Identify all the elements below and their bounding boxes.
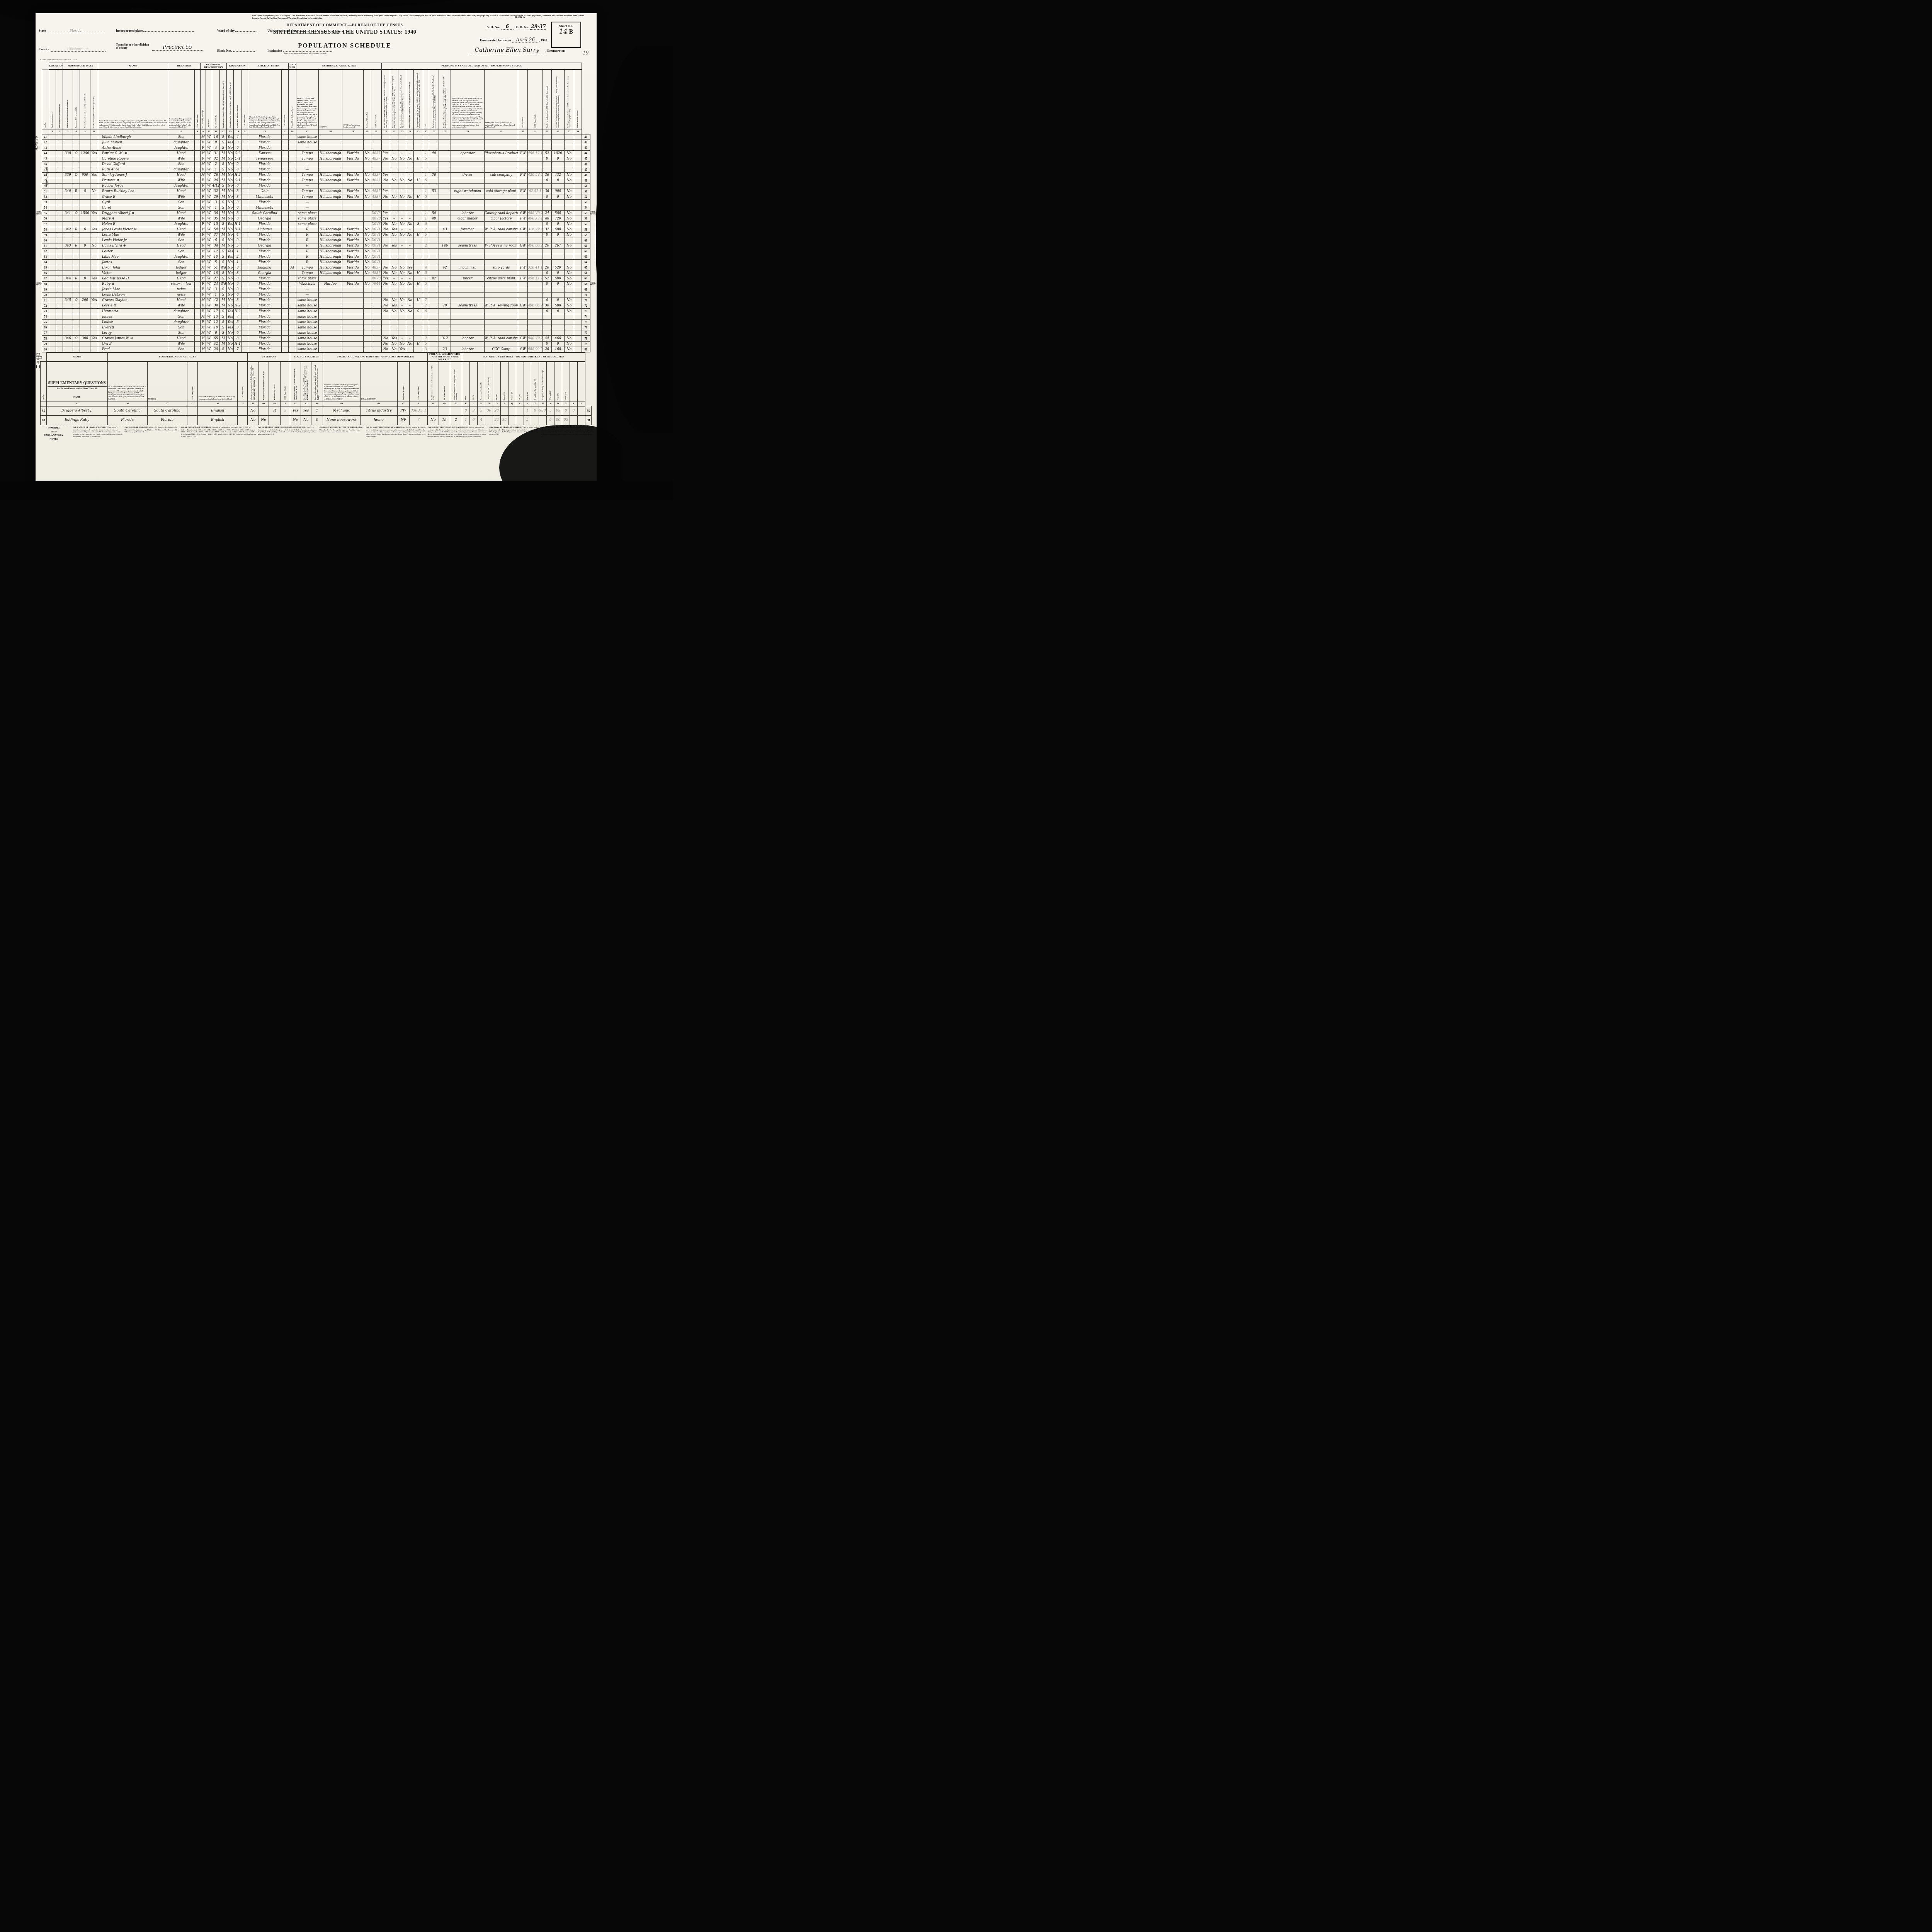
cell-oth: No [564, 156, 574, 162]
cell-a [195, 309, 200, 314]
cell-pob: South Carolina [248, 211, 281, 216]
cell-q25 [414, 260, 423, 265]
cell-sex: F [200, 309, 206, 314]
cell-q23 [398, 325, 406, 330]
cell-value [80, 156, 90, 162]
cell-d: X0V1 [371, 232, 381, 238]
cell-street [49, 260, 56, 265]
cell-hh [63, 325, 73, 330]
cell-q44: 0 [311, 415, 323, 425]
cell-d: X0V8 [371, 276, 381, 281]
cell-occ [451, 134, 485, 140]
cell-tenure [73, 292, 80, 298]
cell-pob: Florida [248, 172, 281, 178]
cell-cls [518, 298, 528, 303]
cell-d: X0V8 [371, 221, 381, 227]
cell-hrs: 42 [429, 276, 439, 281]
cell-oth: No [564, 281, 574, 287]
margin-cell [36, 205, 42, 211]
column-number-row: 353637G38H394041I424344454647J484950KLMN… [36, 401, 596, 406]
col-head-cit: Citizenship of the foreign born [288, 70, 296, 129]
margin-cell [590, 151, 596, 156]
cell-lang: English [198, 415, 238, 425]
cell-f: 62 52 1 [528, 189, 543, 194]
cell-r19 [342, 167, 363, 172]
cell-house [56, 232, 63, 238]
col-num-race: 10 [206, 129, 212, 134]
col-num-sch: 13 [227, 129, 234, 134]
cell-d [371, 167, 381, 172]
cell-sch: No [227, 227, 234, 232]
col-head-r18: COUNTY [318, 70, 342, 129]
cell-q25 [414, 167, 423, 172]
cell-sex: F [200, 178, 206, 183]
cell-sex: F [200, 254, 206, 260]
cell-r17: same house [296, 314, 318, 320]
cell-r17: Tampa [296, 265, 318, 270]
cell-mar: M [220, 156, 227, 162]
cell-q24: No [406, 221, 414, 227]
cell-relation: Son [168, 238, 195, 243]
cell-name: Eddings Jesse D [98, 276, 168, 281]
col-head-W: Wages (32) [554, 362, 562, 401]
cell-q24 [406, 145, 414, 151]
cell-r20: No [363, 281, 371, 287]
col-head-q40: If child, is veteran-father dead? (Yes o… [258, 362, 269, 401]
cell-d [371, 330, 381, 336]
margin-cell [36, 401, 41, 406]
cell-cit [288, 221, 296, 227]
cell-occ [451, 145, 485, 151]
cell-sex: F [200, 221, 206, 227]
cell-q25: S [414, 221, 423, 227]
cell-street [49, 211, 56, 216]
margin-cell [36, 347, 42, 352]
cell-cls [518, 309, 528, 314]
col-num-hh: 3 [63, 129, 73, 134]
cell-oth [564, 140, 574, 145]
state-field: State Florida [39, 29, 105, 33]
cell-wage: 508 [552, 303, 565, 308]
col-head-sch: Attended school or college any time sinc… [227, 70, 234, 129]
cell-q25 [414, 330, 423, 336]
margin-cell [592, 406, 596, 416]
cell-pob: Georgia [248, 216, 281, 221]
cell-mar: Wd [220, 265, 227, 270]
cell-q24: – [406, 243, 414, 248]
cell-age: 2 [212, 162, 220, 167]
cell-f [528, 325, 543, 330]
cell-pob: Tennessee [248, 156, 281, 162]
cell-q21: Yes [381, 276, 390, 281]
note-block: Col. 14. HIGHEST GRADE OF SCHOOL COMPLET… [258, 426, 318, 441]
cell-wks [543, 134, 552, 140]
col-head-age: Age at last birthday [212, 70, 220, 129]
cell-name: Henrietta [98, 309, 168, 314]
cell-name: Carol [98, 205, 168, 211]
cell-r20 [363, 309, 371, 314]
cell-street [49, 232, 56, 238]
cell-q23: No [398, 194, 406, 200]
cell-a [195, 248, 200, 254]
cell-a [195, 205, 200, 211]
cell-q25 [414, 227, 423, 232]
cell-a [195, 276, 200, 281]
margin-cell [590, 167, 596, 172]
cell-sex: M [200, 314, 206, 320]
cell-cls [518, 200, 528, 205]
cell-dur [439, 178, 451, 183]
cell-hrs [429, 265, 439, 270]
cell-a [195, 211, 200, 216]
cell-q50 [450, 406, 462, 416]
cell-hrs [429, 178, 439, 183]
cell-name: Frances ⊗ [98, 178, 168, 183]
cell-cit [288, 336, 296, 341]
cell-q21: No [381, 194, 390, 200]
cell-cls [518, 145, 528, 151]
cell-race: W [206, 216, 212, 221]
ed-value: 29-37 [530, 24, 547, 30]
col-head-Z [577, 362, 585, 401]
cell-r17: same house [296, 320, 318, 325]
cell-r18 [318, 330, 342, 336]
cell-b [241, 172, 248, 178]
cell-d [371, 336, 381, 341]
cell-name: Victor [98, 270, 168, 276]
cell-age: 1 [212, 167, 220, 172]
cell-q48: No [427, 415, 439, 425]
cell-q25 [414, 287, 423, 292]
cell-r20 [363, 292, 371, 298]
cell-oth: No [564, 151, 574, 156]
cell-q22: No [390, 232, 398, 238]
band-for-persons-of-all-ages: FOR PERSONS OF ALL AGES [107, 352, 248, 362]
cell-fs [574, 330, 582, 336]
cell-wks: 52 [543, 276, 552, 281]
cell-f: 496 X1 1 [528, 276, 543, 281]
cell-q22: No [390, 265, 398, 270]
col-head-q48: Has this woman been married more than on… [427, 362, 439, 401]
col-num-r18: 18 [318, 129, 342, 134]
col-num-wage: 32 [552, 129, 565, 134]
cell-dur [439, 194, 451, 200]
cell-W: 00 [554, 415, 562, 425]
cell-q25 [414, 151, 423, 156]
cell-house [56, 221, 63, 227]
cell-age: 51 [212, 265, 220, 270]
cell-wage: 168 [552, 347, 565, 352]
cell-occ: laborer [451, 211, 485, 216]
cell-race: W [206, 134, 212, 140]
cell-wks [543, 260, 552, 265]
cell-r19 [342, 292, 363, 298]
col-num-c: C [281, 129, 288, 134]
cell-S: 1 [524, 406, 531, 416]
cell-name: Helen E [98, 221, 168, 227]
cell-d: 4837 [371, 178, 381, 183]
cell-wage [552, 287, 565, 292]
cell-a [195, 183, 200, 189]
cell-q25: H [414, 341, 423, 347]
cell-street [49, 216, 56, 221]
cell-r17: R [296, 260, 318, 265]
margin-cell [36, 227, 42, 232]
cell-mar: S [220, 254, 227, 260]
cell-c [281, 194, 288, 200]
cell-b [241, 200, 248, 205]
cell-q24: No [406, 270, 414, 276]
cell-q21 [381, 238, 390, 243]
cell-cit [288, 183, 296, 189]
col-head-farm: Does this household live on a farm? (Yes… [90, 70, 98, 129]
band-for-office-use-only-do-not-wri: FOR OFFICE USE ONLY—DO NOT WRITE IN THES… [462, 352, 585, 362]
cell-b [241, 205, 248, 211]
cell-hh [63, 303, 73, 308]
note-block: SYMBOLSANDEXPLANATORYNOTES [36, 426, 71, 441]
cell-value [80, 140, 90, 145]
margin-cell [36, 406, 41, 416]
cell-r19 [342, 134, 363, 140]
continuation-check-note: Check here if household continued on nex… [36, 353, 40, 369]
cell-tenure [73, 347, 80, 352]
cell-b [241, 298, 248, 303]
margin-cell [36, 178, 42, 183]
cell-wks [543, 238, 552, 243]
cell-q49 [439, 406, 450, 416]
cell-q24: – [406, 336, 414, 341]
cell-name: Jones Lewis Victor ⊗ [98, 227, 168, 232]
cell-L: 0 [470, 415, 478, 425]
cell-g [187, 415, 197, 425]
cell-q22 [390, 320, 398, 325]
margin-cell [36, 254, 42, 260]
cell-grade: 0 [234, 205, 241, 211]
cell-q22: Yes [390, 303, 398, 308]
table-row: SUPPL.QUEST.68Ruby ⊗sister-in-lawFW24WdN… [36, 281, 596, 287]
cell-r17: same house [296, 330, 318, 336]
cell-f [528, 205, 543, 211]
cell-farm: Yes [90, 211, 98, 216]
cell-mar: S [220, 248, 227, 254]
cell-cit [288, 145, 296, 151]
margin-cell [590, 265, 596, 270]
cell-fs [574, 248, 582, 254]
cell-farm [90, 325, 98, 330]
col-num-R: R [516, 401, 524, 406]
cell-oth [564, 314, 574, 320]
cell-oth: No [564, 194, 574, 200]
cell-street [49, 151, 56, 156]
cell-dur [439, 298, 451, 303]
margin-cell [36, 325, 42, 330]
cell-pob: Florida [248, 336, 281, 341]
cell-b [241, 221, 248, 227]
cell-q23: No [398, 281, 406, 287]
cell-relation: Head [168, 276, 195, 281]
cell-q21 [381, 140, 390, 145]
table-row: 43Altha AlenedaughterFW4SNo0Florida—43 [36, 145, 596, 151]
cell-wage [552, 254, 565, 260]
cell-r19 [342, 347, 363, 352]
cell-line-right: 51 [582, 189, 590, 194]
cell-M: 4 [478, 415, 485, 425]
cell-relation: Son [168, 325, 195, 330]
cell-pob: Florida [248, 238, 281, 243]
cell-Y [570, 415, 577, 425]
cell-hrs [429, 248, 439, 254]
cell-sch: No [227, 330, 234, 336]
cell-mar: S [220, 221, 227, 227]
cell-hrs [429, 194, 439, 200]
cell-hh [63, 320, 73, 325]
cell-grade: 3 [234, 325, 241, 330]
cell-fs [574, 172, 582, 178]
cell-tenure [73, 178, 80, 183]
unincorporated-value [299, 31, 345, 32]
cell-fs [574, 347, 582, 352]
cell-street [49, 287, 56, 292]
cell-r20 [363, 314, 371, 320]
cell-value [80, 260, 90, 265]
cell-line-right: 78 [582, 336, 590, 341]
ward-label: Ward of city [217, 29, 235, 32]
street-name-note: Fisher road [45, 167, 48, 185]
cell-wage [552, 330, 565, 336]
cell-grade: 8 [234, 194, 241, 200]
cell-q22 [390, 167, 398, 172]
cell-wks [543, 330, 552, 336]
cell-age: 6 [212, 330, 220, 336]
cell-cit [288, 303, 296, 308]
cell-wks [543, 325, 552, 330]
cell-mar: S [220, 200, 227, 205]
cell-line-right: 63 [582, 254, 590, 260]
cell-fs [574, 270, 582, 276]
col-head-tenure: Home owned (O) or rented (R) [73, 70, 80, 129]
county-value: Hillsborough [50, 47, 106, 52]
cell-house [56, 140, 63, 145]
cell-r20: No [363, 265, 371, 270]
cell-f [528, 320, 543, 325]
cell-occ [451, 287, 485, 292]
cell-mar: S [220, 270, 227, 276]
cell-d: 4837 [371, 151, 381, 156]
cell-d: 4837 [371, 265, 381, 270]
cell-b [241, 194, 248, 200]
cell-fs [574, 211, 582, 216]
cell-N [485, 415, 493, 425]
cell-e [423, 314, 429, 320]
cell-hrs [429, 232, 439, 238]
margin-cell [36, 189, 42, 194]
cell-street [49, 134, 56, 140]
cell-r20 [363, 336, 371, 341]
cell-occ [451, 325, 485, 330]
cell-q24: No [406, 156, 414, 162]
cell-e [423, 260, 429, 265]
col-head-i: CODE (Leave blank) [281, 362, 290, 401]
cell-value [80, 248, 90, 254]
cell-line: 66 [42, 270, 49, 276]
cell-sex: F [200, 281, 206, 287]
cell-pob: Florida [248, 162, 281, 167]
cell-cls: GW [518, 336, 528, 341]
cell-relation: Son [168, 162, 195, 167]
cell-name: Mary A [98, 216, 168, 221]
cell-q23 [398, 238, 406, 243]
cell-q23 [398, 260, 406, 265]
col-num-a: A [195, 129, 200, 134]
cell-line-right: 74 [582, 314, 590, 320]
cell-relation: Wife [168, 156, 195, 162]
cell-b [241, 325, 248, 330]
cell-name: Louis DeLeon [98, 292, 168, 298]
cell-age: 24 [212, 281, 220, 287]
cell-fs [574, 243, 582, 248]
cell-house [56, 276, 63, 281]
cell-name: Stanley Amos J [98, 172, 168, 178]
cell-dur [439, 248, 451, 254]
cell-race: W [206, 162, 212, 167]
band-veterans: VETERANS [248, 352, 290, 362]
cell-c [281, 221, 288, 227]
cell-ind [485, 232, 518, 238]
cell-house [56, 314, 63, 320]
cell-q22 [390, 205, 398, 211]
cell-hrs [429, 183, 439, 189]
cell-value [80, 270, 90, 276]
cell-cls: GW [518, 303, 528, 308]
cell-q23 [398, 254, 406, 260]
cell-f [528, 341, 543, 347]
cell-q21 [381, 287, 390, 292]
cell-sch: No [227, 341, 234, 347]
cell-ind [485, 162, 518, 167]
col-num-father: 36 [107, 401, 147, 406]
cell-q23: – [398, 303, 406, 308]
cell-grade: 0 [234, 287, 241, 292]
cell-q22: Yes [390, 336, 398, 341]
margin-cell [36, 298, 42, 303]
cell-R [516, 415, 524, 425]
cell-house [56, 298, 63, 303]
cell-house [56, 172, 63, 178]
cell-sch: No [227, 292, 234, 298]
cell-sch: No [227, 205, 234, 211]
cell-r17: — [296, 200, 318, 205]
col-head-q39: Is this person a veteran of the United S… [248, 362, 258, 401]
cell-street [49, 243, 56, 248]
cell-line: 79 [42, 341, 49, 347]
cell-house [56, 303, 63, 308]
cell-q21: No [381, 270, 390, 276]
cell-oth [564, 145, 574, 151]
cell-grade: 8 [234, 189, 241, 194]
col-head-relation: Relationship of this person to the head … [168, 70, 195, 129]
cell-r19 [342, 298, 363, 303]
block-label: Block Nos. [217, 49, 232, 53]
cell-hrs [429, 314, 439, 320]
cell-race: W [206, 243, 212, 248]
cell-q23: – [398, 216, 406, 221]
cell-line-right: 80 [582, 347, 590, 352]
cell-relation: Head [168, 211, 195, 216]
margin-cell [590, 341, 596, 347]
cell-occ: machinist [451, 265, 485, 270]
cell-hrs: 40 [429, 151, 439, 156]
cell-line-right: 58 [582, 227, 590, 232]
